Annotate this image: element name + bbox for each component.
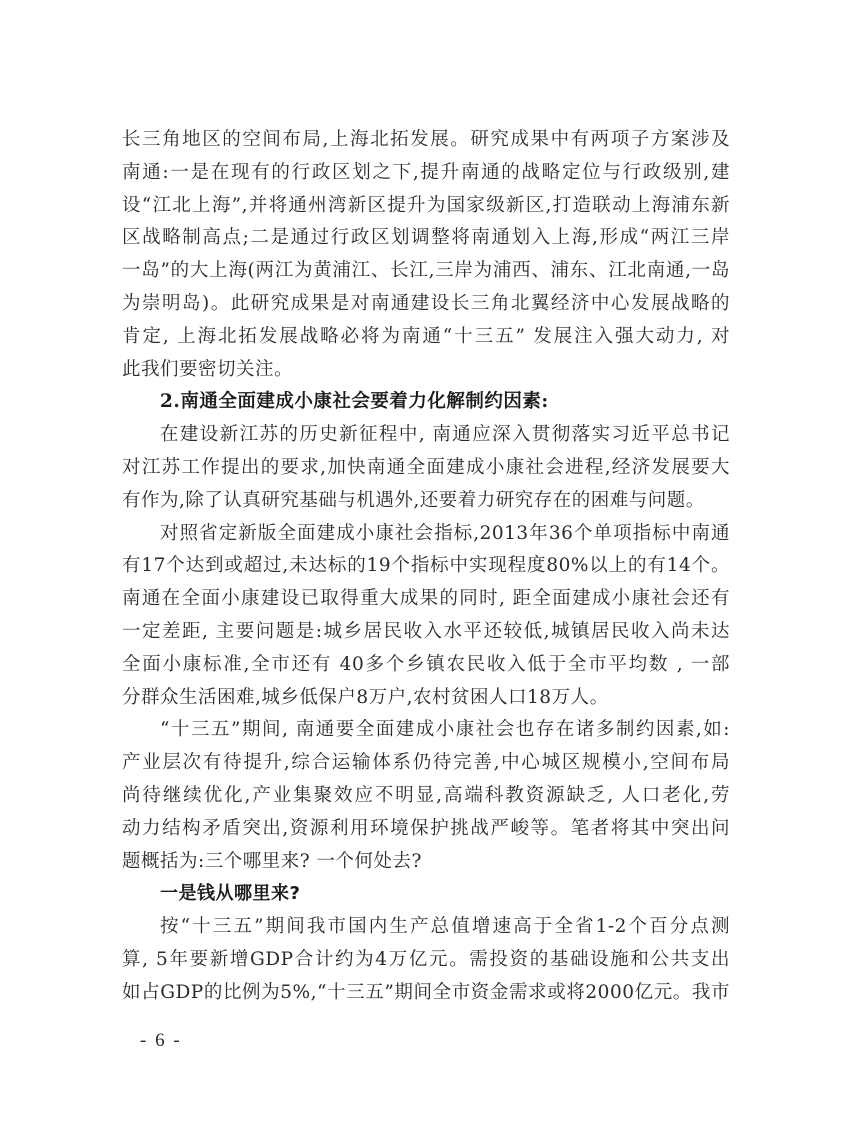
paragraph-shanghai-north-expansion: 长三角地区的空间布局,上海北拓发展。研究成果中有两项子方案涉及 南通:一是在现有… [122,124,730,386]
text-line: 肯定, 上海北拓发展战略必将为南通“十三五” 发展注入强大动力, 对 [122,321,730,354]
text-line: 动力结构矛盾突出,资源利用环境保护挑战严峻等。笔者将其中突出问 [122,813,730,846]
text-line: 区战略制高点;二是通过行政区划调整将南通划入上海,形成“两江三岸 [122,222,730,255]
subsection-heading: 一是钱从哪里来? [122,878,730,911]
text-line: 一岛”的大上海(两江为黄浦江、长江,三岸为浦西、浦东、江北南通,一岛 [122,255,730,288]
paragraph-constraints: “十三五”期间, 南通要全面建成小康社会也存在诸多制约因素,如: 产业层次有待提… [122,714,730,878]
text-line: 设“江北上海”,并将通州湾新区提升为国家级新区,打造联动上海浦东新 [122,190,730,223]
page-number: - 6 - [140,1030,182,1052]
text-line: 按“十三五”期间我市国内生产总值增速高于全省1-2个百分点测 [122,911,730,944]
text-line: 对照省定新版全面建成小康社会指标,2013年36个单项指标中南通 [122,518,730,551]
text-line: “十三五”期间, 南通要全面建成小康社会也存在诸多制约因素,如: [122,714,730,747]
text-line: 全面小康标准,全市还有 40多个乡镇农民收入低于全市平均数 , 一部 [122,649,730,682]
text-line: 产业层次有待提升,综合运输体系仍待完善,中心城区规模小,空间布局 [122,747,730,780]
text-line: 一定差距, 主要问题是:城乡居民收入水平还较低,城镇居民收入尚未达 [122,616,730,649]
text-line: 如占GDP的比例为5%,“十三五”期间全市资金需求或将2000亿元。我市 [122,977,730,1010]
text-line: 此我们要密切关注。 [122,354,730,387]
text-line: 有作为,除了认真研究基础与机遇外,还要着力研究存在的困难与问题。 [122,485,730,518]
text-line: 算, 5年要新增GDP合计约为4万亿元。需投资的基础设施和公共支出 [122,944,730,977]
text-line: 南通:一是在现有的行政区划之下,提升南通的战略定位与行政级别,建 [122,157,730,190]
section-heading: 2.南通全面建成小康社会要着力化解制约因素: [122,386,730,419]
paragraph-indicators: 对照省定新版全面建成小康社会指标,2013年36个单项指标中南通 有17个达到或… [122,518,730,715]
text-line: 在建设新江苏的历史新征程中, 南通应深入贯彻落实习近平总书记 [122,419,730,452]
text-line: 南通在全面小康建设已取得重大成果的同时, 距全面建成小康社会还有 [122,583,730,616]
text-line: 对江苏工作提出的要求,加快南通全面建成小康社会进程,经济发展要大 [122,452,730,485]
text-line: 题概括为:三个哪里来? 一个何处去? [122,846,730,879]
paragraph-funding: 按“十三五”期间我市国内生产总值增速高于全省1-2个百分点测 算, 5年要新增G… [122,911,730,1009]
text-line: 有17个达到或超过,未达标的19个指标中实现程度80%以上的有14个。 [122,550,730,583]
text-line: 长三角地区的空间布局,上海北拓发展。研究成果中有两项子方案涉及 [122,124,730,157]
text-line: 分群众生活困难,城乡低保户8万户,农村贫困人口18万人。 [122,682,730,715]
document-page: 长三角地区的空间布局,上海北拓发展。研究成果中有两项子方案涉及 南通:一是在现有… [122,124,730,1010]
text-line: 尚待继续优化,产业集聚效应不明显,高端科教资源缺乏, 人口老化,劳 [122,780,730,813]
paragraph-new-jiangsu: 在建设新江苏的历史新征程中, 南通应深入贯彻落实习近平总书记 对江苏工作提出的要… [122,419,730,517]
text-line: 为崇明岛)。此研究成果是对南通建设长三角北翼经济中心发展战略的 [122,288,730,321]
